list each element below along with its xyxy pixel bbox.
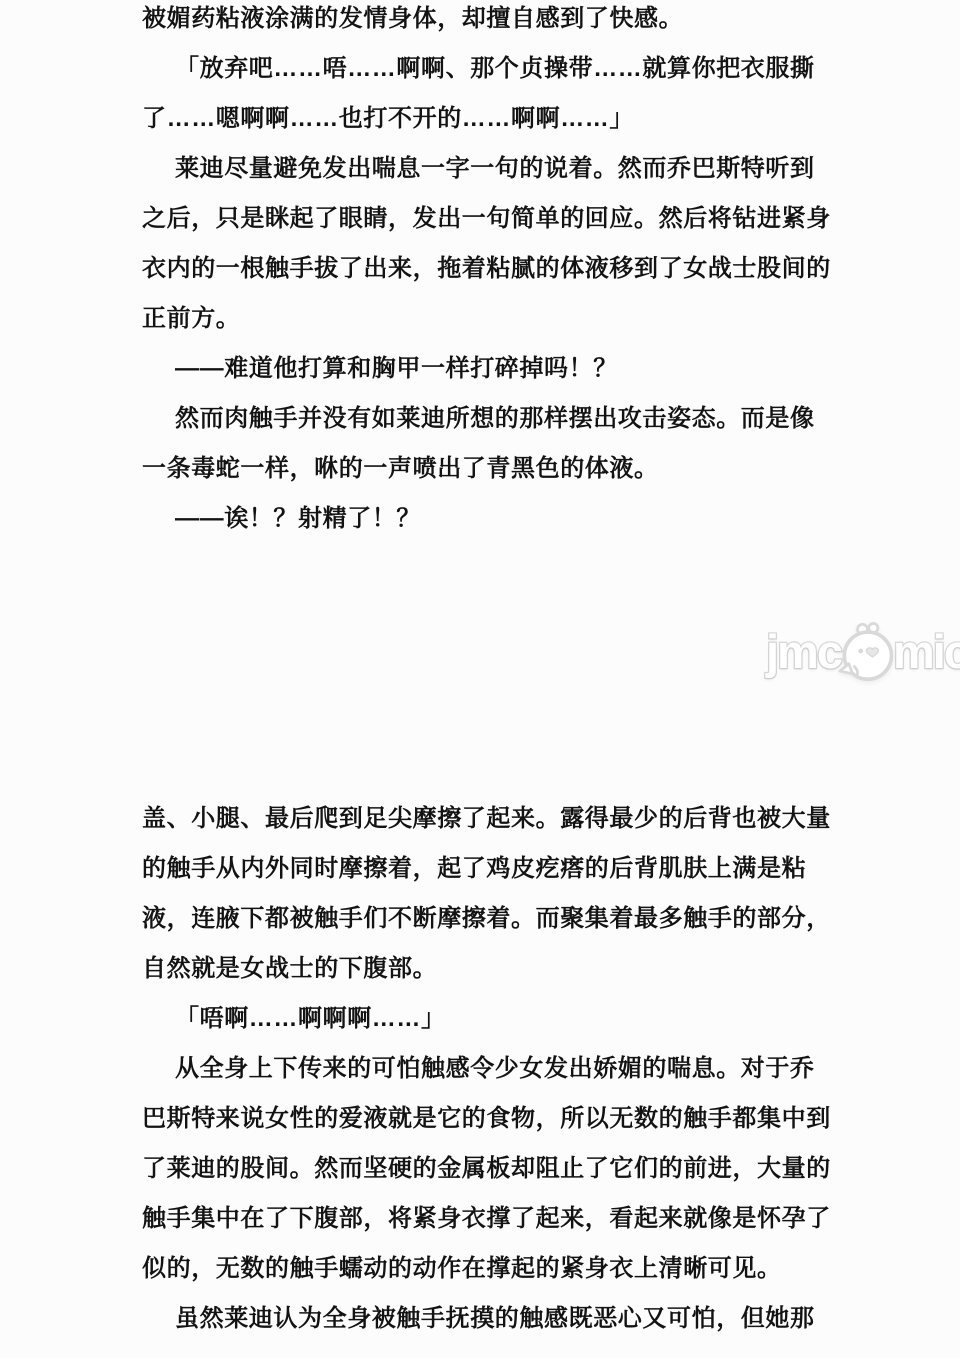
text-line: 「唔啊……啊啊啊……」 xyxy=(142,994,834,1044)
text-line: 触手集中在了下腹部，将紧身衣撑了起来，看起来就像是怀孕了 xyxy=(142,1194,834,1244)
text-line: ——难道他打算和胸甲一样打碎掉吗！？ xyxy=(142,344,834,394)
text-line: 虽然莱迪认为全身被触手抚摸的触感既恶心又可怕，但她那 xyxy=(142,1294,834,1344)
text-line: 似的，无数的触手蠕动的动作在撑起的紧身衣上清晰可见。 xyxy=(142,1244,834,1294)
watermark-text-left: jmc xyxy=(766,620,841,684)
text-line: 的触手从内外同时摩擦着，起了鸡皮疙瘩的后背肌肤上满是粘 xyxy=(142,844,834,894)
text-line: 巴斯特来说女性的爱液就是它的食物，所以无数的触手都集中到 xyxy=(142,1094,834,1144)
text-line: 正前方。 xyxy=(142,294,834,344)
jmcomic-watermark: jmc mic xyxy=(766,620,960,684)
text-line: 液，连腋下都被触手们不断摩擦着。而聚集着最多触手的部分， xyxy=(142,894,834,944)
text-line: ——诶！？射精了！？ xyxy=(142,494,834,544)
text-line: 了莱迪的股间。然而坚硬的金属板却阻止了它们的前进，大量的 xyxy=(142,1144,834,1194)
text-line: 之后，只是眯起了眼睛，发出一句简单的回应。然后将钻进紧身 xyxy=(142,194,834,244)
text-block-top: 被媚药粘液涂满的发情身体，却擅自感到了快感。「放弃吧……唔……啊啊、那个贞操带…… xyxy=(142,0,834,544)
text-line: 从全身上下传来的可怕触感令少女发出娇媚的喘息。对于乔 xyxy=(142,1044,834,1094)
text-line: 一条毒蛇一样，咻的一声喷出了青黑色的体液。 xyxy=(142,444,834,494)
text-line: 衣内的一根触手拔了出来，拖着粘腻的体液移到了女战士股间的 xyxy=(142,244,834,294)
text-line: 盖、小腿、最后爬到足尖摩擦了起来。露得最少的后背也被大量 xyxy=(142,794,834,844)
text-line: 「放弃吧……唔……啊啊、那个贞操带……就算你把衣服撕 xyxy=(142,44,834,94)
watermark-text-right: mic xyxy=(893,620,960,684)
chick-mascot-icon xyxy=(838,621,896,683)
text-line: 被媚药粘液涂满的发情身体，却擅自感到了快感。 xyxy=(142,0,834,44)
novel-text-page: 被媚药粘液涂满的发情身体，却擅自感到了快感。「放弃吧……唔……啊啊、那个贞操带…… xyxy=(0,0,960,1358)
text-line: 莱迪尽量避免发出喘息一字一句的说着。然而乔巴斯特听到 xyxy=(142,144,834,194)
text-line: 然而肉触手并没有如莱迪所想的那样摆出攻击姿态。而是像 xyxy=(142,394,834,444)
text-line: 了……嗯啊啊……也打不开的……啊啊……」 xyxy=(142,94,834,144)
text-line: 自然就是女战士的下腹部。 xyxy=(142,944,834,994)
text-block-bottom: 盖、小腿、最后爬到足尖摩擦了起来。露得最少的后背也被大量的触手从内外同时摩擦着，… xyxy=(142,794,834,1344)
